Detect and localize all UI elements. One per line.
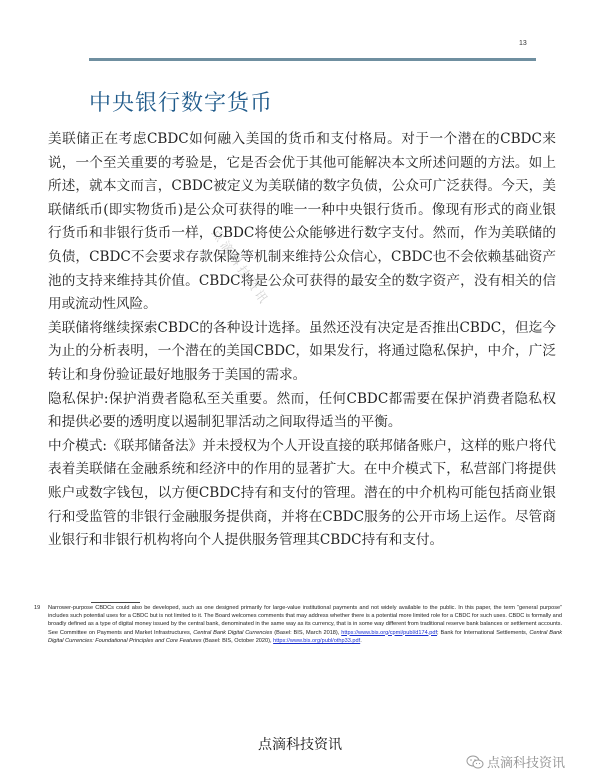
footnote-link-cpmi[interactable]: https://www.bis.org/cpmi/publ/d174.pdf — [341, 630, 437, 636]
paragraph-design-choices: 美联储将继续探索CBDC的各种设计选择。虽然还没有决定是否推出CBDC，但迄今为… — [48, 317, 556, 388]
body-text: 美联储正在考虑CBDC如何融入美国的货币和支付格局。对于一个潜在的CBDC来说，… — [48, 128, 556, 553]
footnote-link-othp[interactable]: https://www.bis.org/publ/othp33.pdf — [273, 638, 360, 644]
footnote-text: (Basel: BIS, October 2020), — [202, 638, 274, 644]
page-number: 13 — [519, 40, 527, 47]
header-rule — [89, 58, 536, 61]
wechat-watermark: 点滴科技资讯 — [466, 752, 565, 771]
footnote-rule — [91, 602, 140, 603]
wechat-label: 点滴科技资讯 — [487, 752, 565, 771]
footer-brand: 点滴科技资讯 — [0, 734, 600, 754]
footnote: 19 Narrower-purpose CBDCs could also be … — [34, 604, 562, 645]
paragraph-intro: 美联储正在考虑CBDC如何融入美国的货币和支付格局。对于一个潜在的CBDC来说，… — [48, 128, 556, 317]
footnote-text: . — [360, 638, 362, 644]
footnote-citation: Central Bank Digital Currencies — [193, 630, 272, 636]
footnote-body: Narrower-purpose CBDCs could also be dev… — [48, 604, 562, 645]
paragraph-intermediated: 中介模式:《联邦储备法》并未授权为个人开设直接的联邦储备账户，这样的账户将代表着… — [48, 435, 556, 553]
footnote-number: 19 — [34, 604, 40, 612]
footnote-text: (Basel: BIS, March 2018), — [272, 630, 341, 636]
wechat-icon — [466, 755, 484, 769]
section-title: 中央银行数字货币 — [89, 86, 273, 117]
footnote-text: ; Bank for International Settlements, — [437, 630, 529, 636]
paragraph-privacy: 隐私保护:保护消费者隐私至关重要。然而，任何CBDC都需要在保护消费者隐私权和提… — [48, 388, 556, 435]
